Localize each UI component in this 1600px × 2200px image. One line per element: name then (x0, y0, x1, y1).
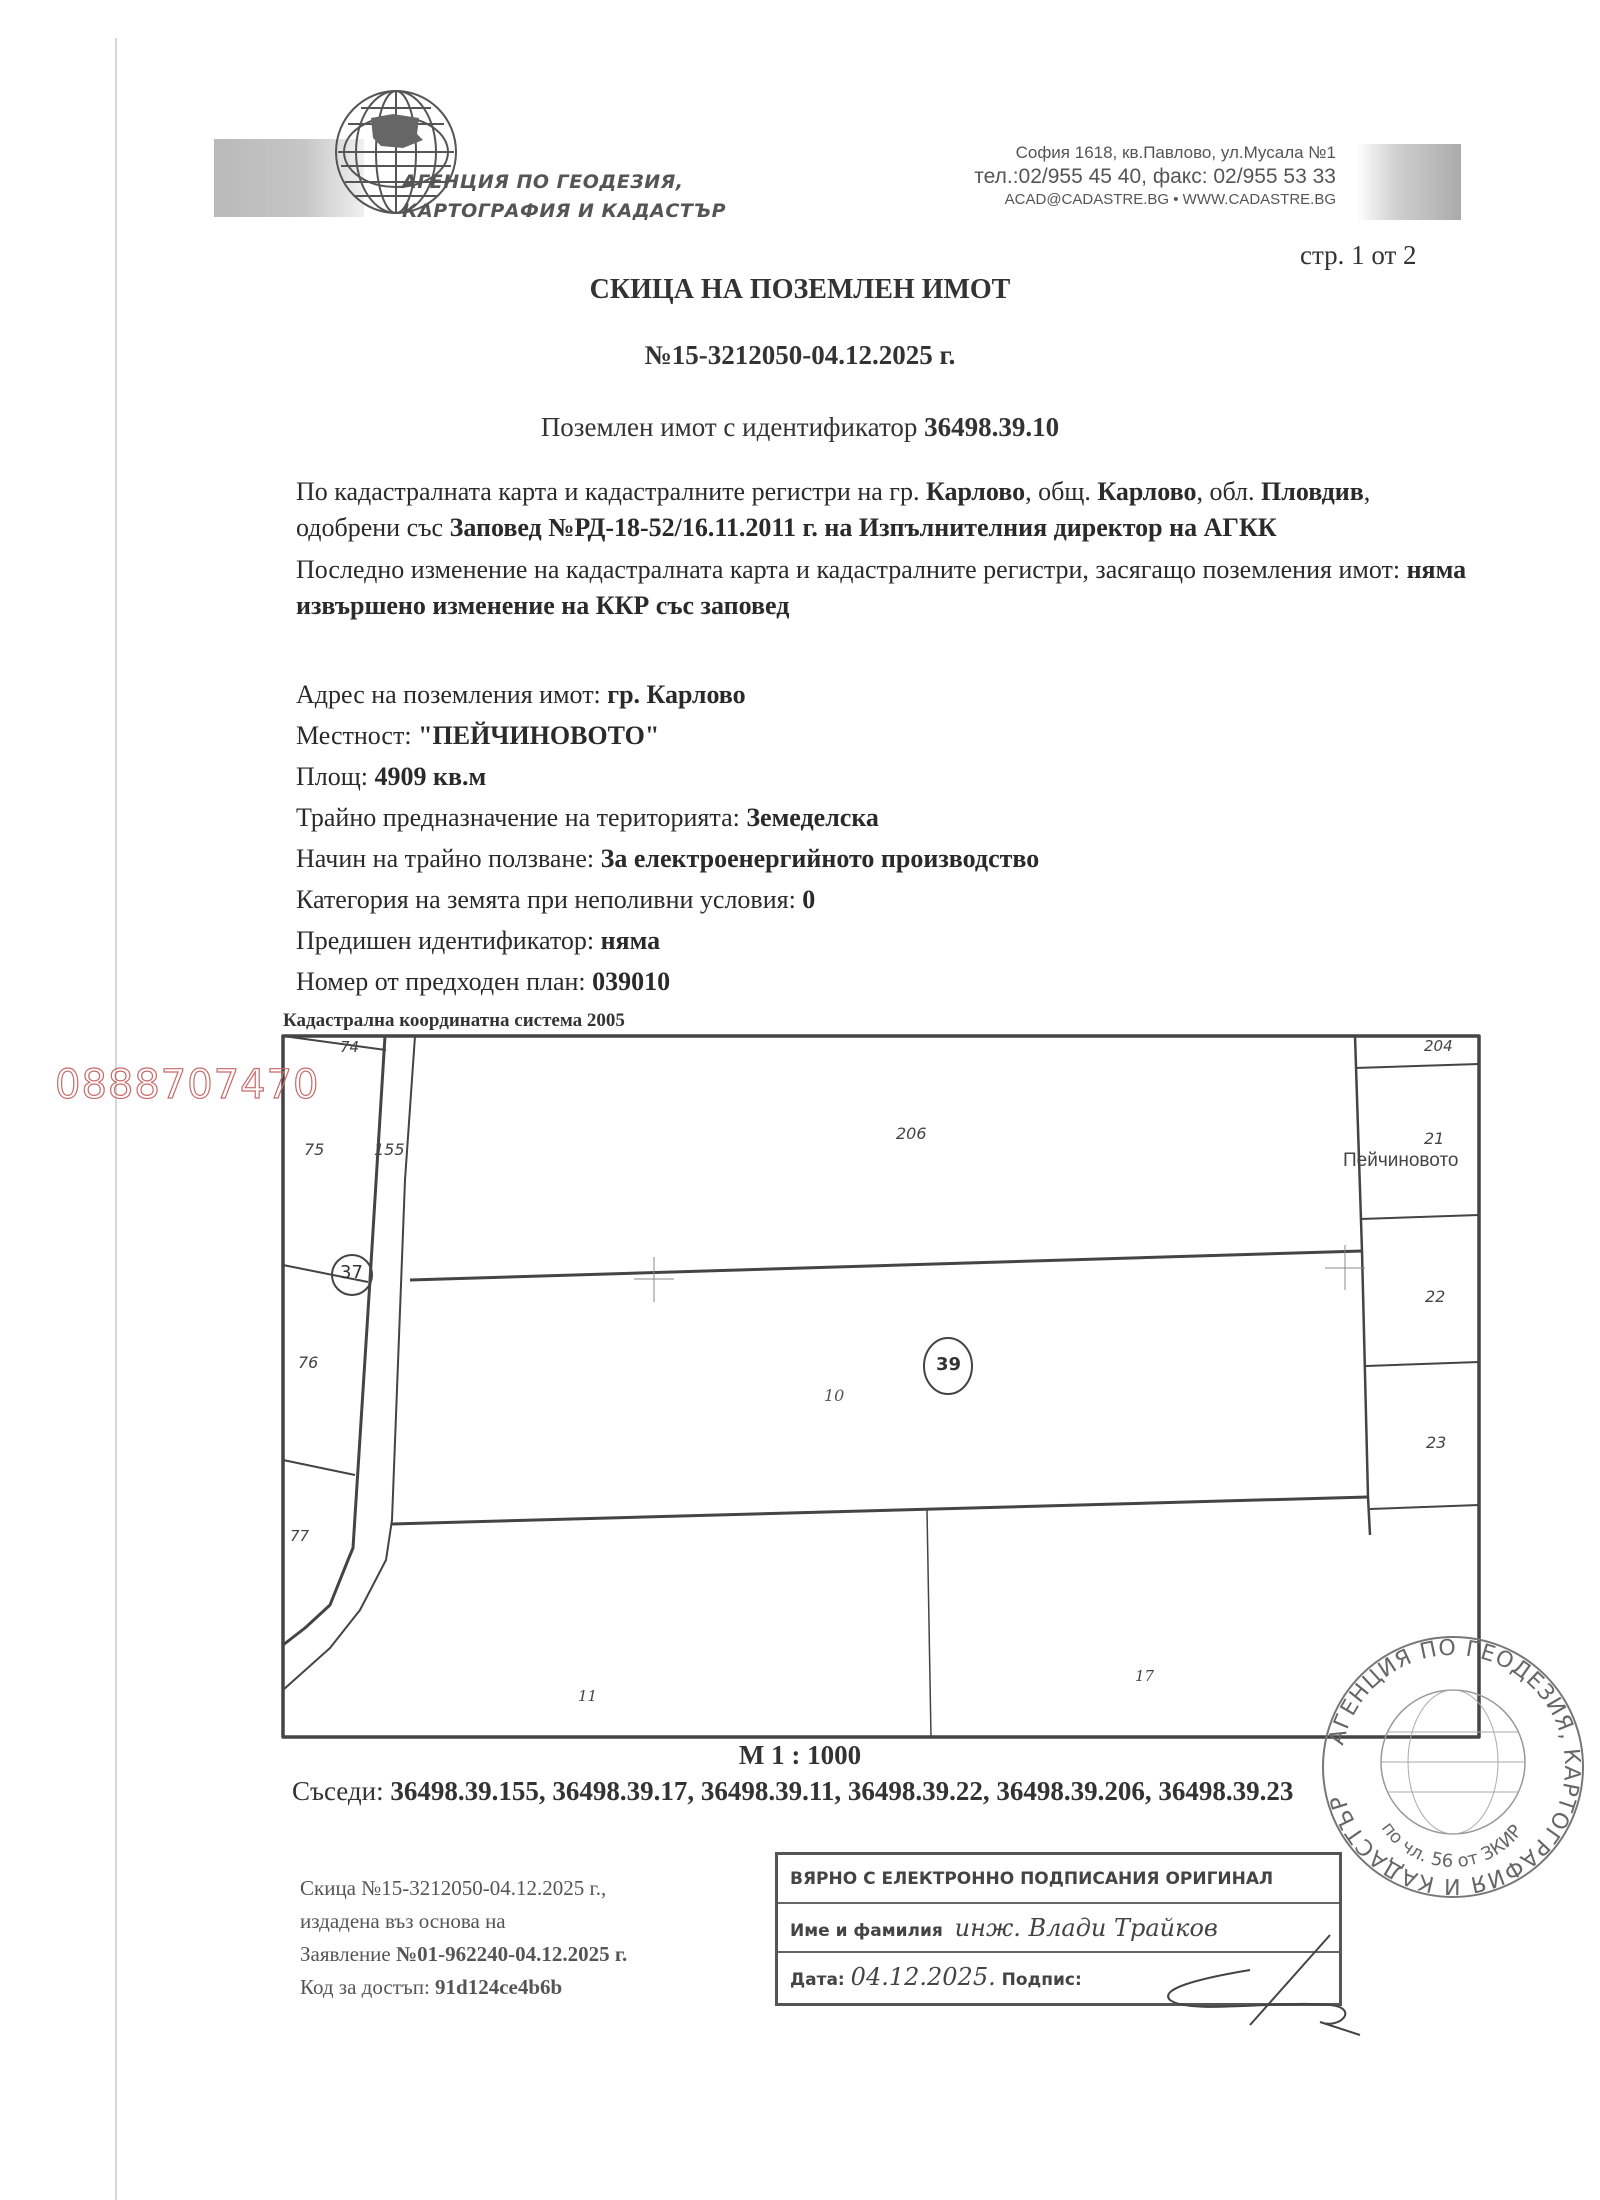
parcel-label-22: 22 (1425, 1287, 1445, 1306)
parcel-label-155: 155 (374, 1140, 405, 1159)
parcel-label-23: 23 (1426, 1433, 1446, 1452)
issuance-info: Скица №15-3212050-04.12.2025 г., издаден… (300, 1872, 627, 2004)
neighbors-label: Съседи: (292, 1776, 390, 1806)
access-code-value: 91d124ce4b6b (435, 1975, 562, 1999)
access-code-label: Код за достъп: (300, 1975, 435, 1999)
block-label-37: 37 (340, 1262, 363, 1283)
parcel-label-75: 75 (304, 1140, 324, 1159)
phone-watermark: 0888707470 (55, 1062, 320, 1108)
application-label: Заявление (300, 1942, 396, 1966)
access-code: Код за достъп: 91d124ce4b6b (300, 1971, 627, 2004)
neighbors: Съседи: 36498.39.155, 36498.39.17, 36498… (292, 1776, 1293, 1807)
parcel-label-21: 21 (1424, 1129, 1444, 1148)
issued-based-on: издадена въз основа на (300, 1905, 627, 1938)
parcel-label-17: 17 (1135, 1667, 1154, 1685)
application-reference: Заявление №01-962240-04.12.2025 г. (300, 1938, 627, 1971)
stamp-name-label: Име и фамилия (790, 1921, 943, 1941)
stamp-date-handwritten: 04.12.2025. (851, 1963, 996, 1991)
parcel-label-11: 11 (578, 1687, 597, 1705)
parcel-label-76: 76 (298, 1353, 318, 1372)
stamp-signature-label: Подпис: (1002, 1970, 1082, 1990)
parcel-label-77: 77 (290, 1527, 309, 1545)
application-number: №01-962240-04.12.2025 г. (396, 1942, 627, 1966)
parcel-label-10: 10 (824, 1386, 844, 1405)
stamp-date-label: Дата: (790, 1970, 845, 1990)
neighbors-values: 36498.39.155, 36498.39.17, 36498.39.11, … (390, 1776, 1293, 1806)
agency-seal-icon: АГЕНЦИЯ ПО ГЕОДЕЗИЯ, КАРТОГРАФИЯ И КАДАС… (1318, 1632, 1588, 1902)
block-label-39: 39 (936, 1354, 961, 1375)
locality-label: Пейчиновото (1343, 1150, 1459, 1172)
parcel-label-204: 204 (1424, 1037, 1453, 1055)
stamp-heading: ВЯРНО С ЕЛЕКТРОННО ПОДПИСАНИЯ ОРИГИНАЛ (778, 1855, 1339, 1904)
sketch-reference: Скица №15-3212050-04.12.2025 г., (300, 1872, 627, 1905)
parcel-label-206: 206 (896, 1124, 927, 1143)
parcel-label-74: 74 (340, 1038, 359, 1056)
signature-scribble (1130, 1930, 1390, 2040)
